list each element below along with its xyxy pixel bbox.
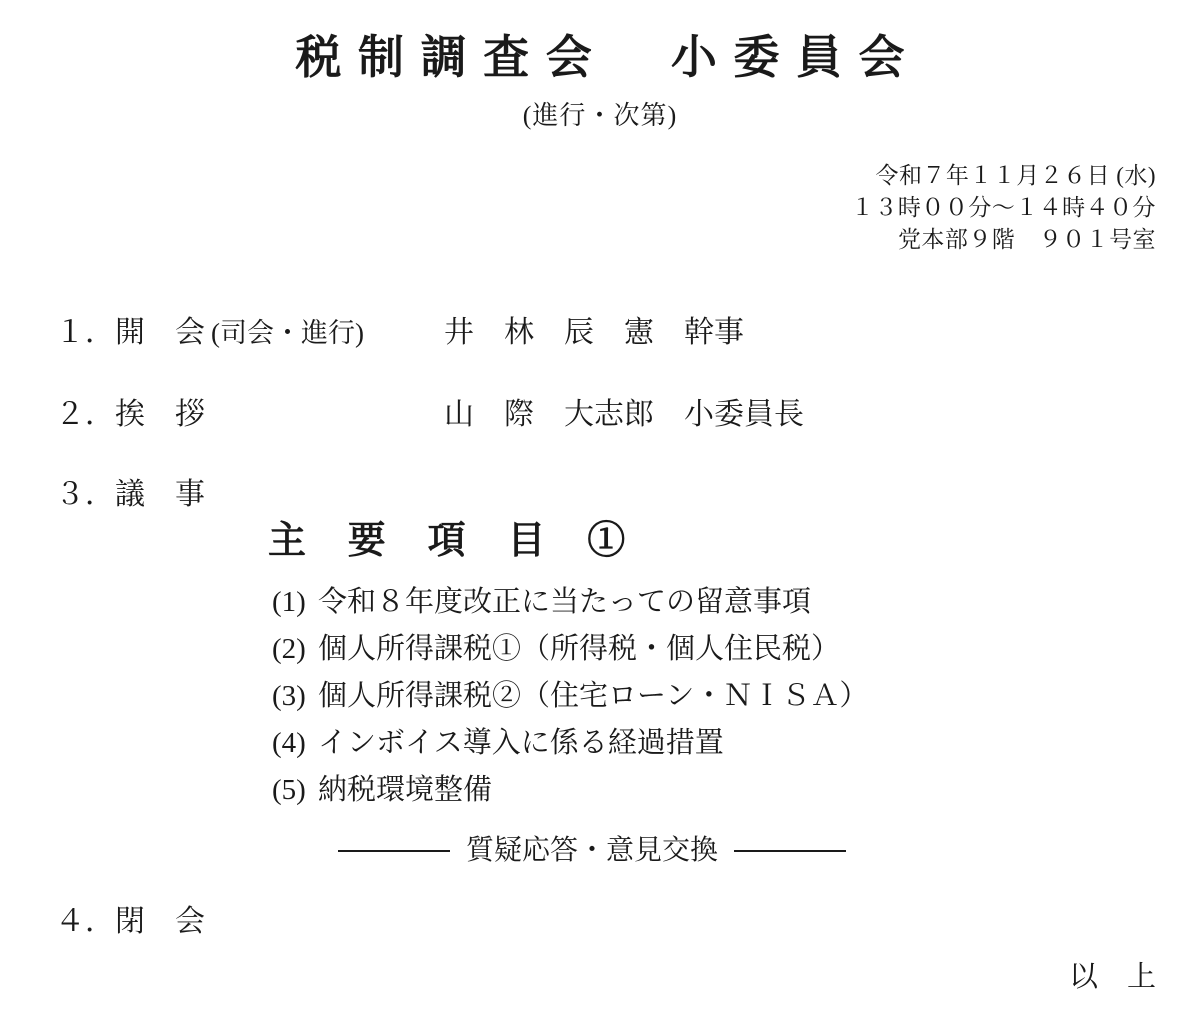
divider-rule-right	[734, 850, 846, 852]
topic-item: (2) 個人所得課税①（所得税・個人住民税）	[272, 626, 868, 673]
topic-item: (4) インボイス導入に係る経過措置	[272, 720, 868, 767]
closing-label: 以 上	[1069, 960, 1156, 995]
topic-text: 個人所得課税②（住宅ローン・ＮＩＳＡ）	[318, 673, 868, 714]
agenda-document: 税制調査会 小委員会 (進行・次第) 令和７年１１月２６日 (水) １３時００分…	[0, 0, 1200, 1015]
topic-item: (1) 令和８年度改正に当たっての留意事項	[272, 579, 868, 626]
agenda-number: ４．	[55, 905, 115, 938]
topics-heading: 主 要 項 目 ①	[268, 520, 627, 564]
agenda-label: 開 会	[115, 316, 205, 349]
agenda-label: 挨 拶	[115, 398, 205, 431]
topic-item: (5) 納税環境整備	[272, 767, 868, 814]
topic-number: (2)	[272, 633, 318, 666]
agenda-label: 議 事	[115, 478, 205, 511]
topic-number: (5)	[272, 774, 318, 807]
doc-subtitle: (進行・次第)	[0, 100, 1200, 131]
topic-text: 納税環境整備	[318, 767, 492, 808]
topic-text: 令和８年度改正に当たっての留意事項	[318, 579, 811, 620]
topic-number: (1)	[272, 586, 318, 619]
agenda-label: 閉 会	[115, 905, 205, 938]
agenda-person: 山 際 大志郎 小委員長	[444, 398, 804, 433]
topic-text: 個人所得課税①（所得税・個人住民税）	[318, 626, 840, 667]
meta-date: 令和７年１１月２６日 (水)	[851, 160, 1156, 192]
topics-list: (1) 令和８年度改正に当たっての留意事項 (2) 個人所得課税①（所得税・個人…	[272, 579, 868, 814]
agenda-number: １．	[55, 316, 115, 349]
agenda-person: 井 林 辰 憲 幹事	[444, 316, 744, 351]
meta-time: １３時００分～１４時４０分	[851, 192, 1156, 224]
doc-title: 税制調査会 小委員会	[0, 30, 1200, 85]
meta-block: 令和７年１１月２６日 (水) １３時００分～１４時４０分 党本部９階 ９０１号室	[851, 160, 1156, 256]
divider-label: 質疑応答・意見交換	[466, 834, 718, 868]
topic-item: (3) 個人所得課税②（住宅ローン・ＮＩＳＡ）	[272, 673, 868, 720]
topic-number: (4)	[272, 727, 318, 760]
meta-place: 党本部９階 ９０１号室	[851, 224, 1156, 256]
topic-number: (3)	[272, 680, 318, 713]
qa-divider: 質疑応答・意見交換	[0, 834, 1184, 868]
topic-text: インボイス導入に係る経過措置	[318, 720, 724, 761]
agenda-note: (司会・進行)	[211, 318, 364, 348]
agenda-number: ３．	[55, 478, 115, 511]
agenda-number: ２．	[55, 398, 115, 431]
divider-rule-left	[338, 850, 450, 852]
